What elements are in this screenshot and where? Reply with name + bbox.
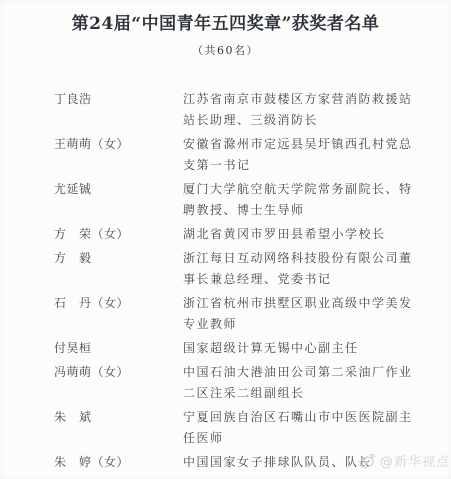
list-item: 丁良浩江苏省南京市鼓楼区方家营消防救援站站长助理、三级消防长	[54, 89, 451, 131]
position-line: 任医师	[183, 428, 443, 449]
awardee-position: 厦门大学航空航天学院常务副院长、特聘教授、博士生导师	[183, 179, 443, 221]
awardee-position: 湖北省黄冈市罗田县希望小学校长	[183, 224, 443, 245]
awardee-name: 付昊桓	[54, 338, 183, 359]
list-item: 付昊桓国家超级计算无锡中心副主任	[54, 338, 451, 359]
list-item: 方 荣（女）湖北省黄冈市罗田县希望小学校长	[54, 224, 451, 245]
awardee-name: 冯萌萌（女）	[54, 362, 183, 383]
awardee-name: 尤延铖	[54, 179, 183, 200]
list-item: 王萌萌（女）安徽省滁州市定远县吴圩镇西孔村党总支第一书记	[54, 134, 451, 176]
list-item: 冯萌萌（女）中国石油大港油田公司第二采油厂作业二区注采二组副组长	[54, 362, 451, 404]
awardee-name: 方 荣（女）	[54, 224, 183, 245]
watermark-handle: @新华视点	[380, 451, 450, 470]
awardee-position: 中国石油大港油田公司第二采油厂作业二区注采二组副组长	[183, 362, 443, 404]
awardee-position: 安徽省滁州市定远县吴圩镇西孔村党总支第一书记	[183, 134, 443, 176]
list-item: 方 毅浙江每日互动网络科技股份有限公司董事长兼总经理、党委书记	[54, 248, 451, 290]
awardee-list: 丁良浩江苏省南京市鼓楼区方家营消防救援站站长助理、三级消防长王萌萌（女）安徽省滁…	[54, 89, 451, 473]
awardee-position: 江苏省南京市鼓楼区方家营消防救援站站长助理、三级消防长	[183, 89, 443, 131]
position-line: 浙江省杭州市拱墅区职业高级中学美发	[183, 293, 443, 314]
position-line: 事长兼总经理、党委书记	[183, 269, 443, 290]
page-subtitle: （共60名）	[0, 43, 451, 58]
awardee-name: 朱 婷（女）	[54, 452, 183, 473]
awardee-name: 朱 斌	[54, 407, 183, 428]
position-line: 中国石油大港油田公司第二采油厂作业	[183, 362, 443, 383]
position-line: 浙江每日互动网络科技股份有限公司董	[183, 248, 443, 269]
position-line: 站长助理、三级消防长	[183, 110, 443, 131]
position-line: 江苏省南京市鼓楼区方家营消防救援站	[183, 89, 443, 110]
awardee-name: 方 毅	[54, 248, 183, 269]
position-line: 湖北省黄冈市罗田县希望小学校长	[183, 224, 443, 245]
list-item: 尤延铖厦门大学航空航天学院常务副院长、特聘教授、博士生导师	[54, 179, 451, 221]
position-line: 聘教授、博士生导师	[183, 200, 443, 221]
awardee-position: 浙江省杭州市拱墅区职业高级中学美发专业教师	[183, 293, 443, 335]
awardee-name: 石 丹（女）	[54, 293, 183, 314]
awardee-position: 浙江每日互动网络科技股份有限公司董事长兼总经理、党委书记	[183, 248, 443, 290]
watermark: @新华视点	[358, 451, 450, 470]
position-line: 国家超级计算无锡中心副主任	[183, 338, 443, 359]
position-line: 厦门大学航空航天学院常务副院长、特	[183, 179, 443, 200]
position-line: 二区注采二组副组长	[183, 383, 443, 404]
awardee-name: 王萌萌（女）	[54, 134, 183, 155]
awardee-name: 丁良浩	[54, 89, 183, 110]
list-item: 石 丹（女）浙江省杭州市拱墅区职业高级中学美发专业教师	[54, 293, 451, 335]
position-line: 支第一书记	[183, 155, 443, 176]
position-line: 宁夏回族自治区石嘴山市中医医院副主	[183, 407, 443, 428]
weibo-icon	[357, 451, 379, 471]
document-page: 第24届“中国青年五四奖章”获奖者名单 （共60名） 丁良浩江苏省南京市鼓楼区方…	[0, 0, 451, 479]
page-title: 第24届“中国青年五四奖章”获奖者名单	[0, 0, 451, 36]
position-line: 安徽省滁州市定远县吴圩镇西孔村党总	[183, 134, 443, 155]
awardee-position: 国家超级计算无锡中心副主任	[183, 338, 443, 359]
awardee-position: 宁夏回族自治区石嘴山市中医医院副主任医师	[183, 407, 443, 449]
position-line: 专业教师	[183, 314, 443, 335]
list-item: 朱 斌宁夏回族自治区石嘴山市中医医院副主任医师	[54, 407, 451, 449]
